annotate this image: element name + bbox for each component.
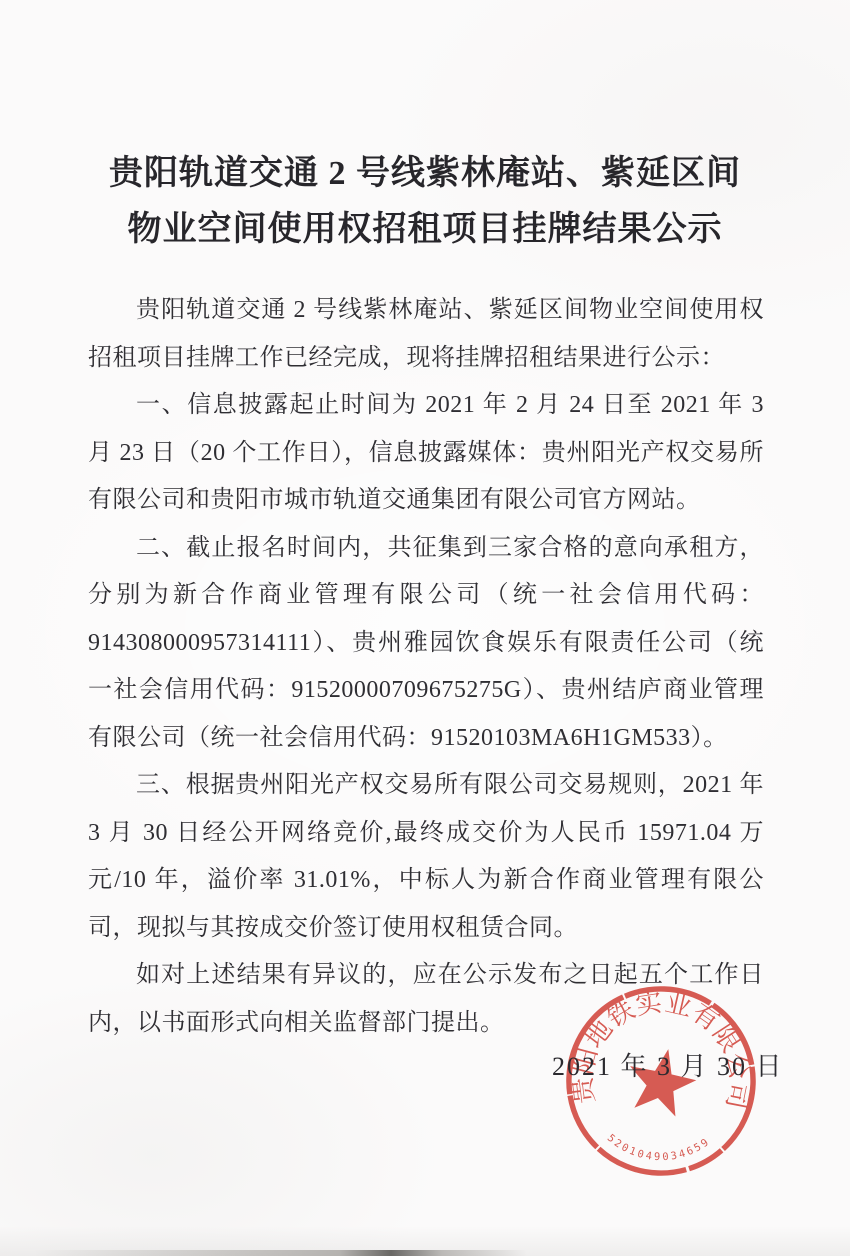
- paragraph-item-1: 一、信息披露起止时间为 2021 年 2 月 24 日至 2021 年 3 月 …: [88, 382, 764, 525]
- paragraph-item-2: 二、截止报名时间内，共征集到三家合格的意向承租方，分别为新合作商业管理有限公司（…: [88, 525, 764, 763]
- scanned-document-page: 贵阳轨道交通 2 号线紫林庵站、紫延区间 物业空间使用权招租项目挂牌结果公示 贵…: [0, 0, 850, 1256]
- seal-code: 5201049034659: [604, 1132, 713, 1165]
- paragraph-intro: 贵阳轨道交通 2 号线紫林庵站、紫延区间物业空间使用权招租项目挂牌工作已经完成，…: [88, 287, 764, 382]
- document-title: 贵阳轨道交通 2 号线紫林庵站、紫延区间 物业空间使用权招租项目挂牌结果公示: [0, 146, 850, 258]
- document-body: 贵阳轨道交通 2 号线紫林庵站、紫延区间物业空间使用权招租项目挂牌工作已经完成，…: [88, 287, 764, 1047]
- svg-text:5201049034659: 5201049034659: [604, 1132, 713, 1165]
- paragraph-item-3: 三、根据贵州阳光产权交易所有限公司交易规则，2021 年 3 月 30 日经公开…: [88, 762, 764, 952]
- title-line-1: 贵阳轨道交通 2 号线紫林庵站、紫延区间: [0, 146, 850, 202]
- scan-edge-artifact: [0, 1250, 850, 1256]
- document-date: 2021 年 3 月 30 日: [552, 1046, 784, 1083]
- title-line-2: 物业空间使用权招租项目挂牌结果公示: [0, 202, 850, 258]
